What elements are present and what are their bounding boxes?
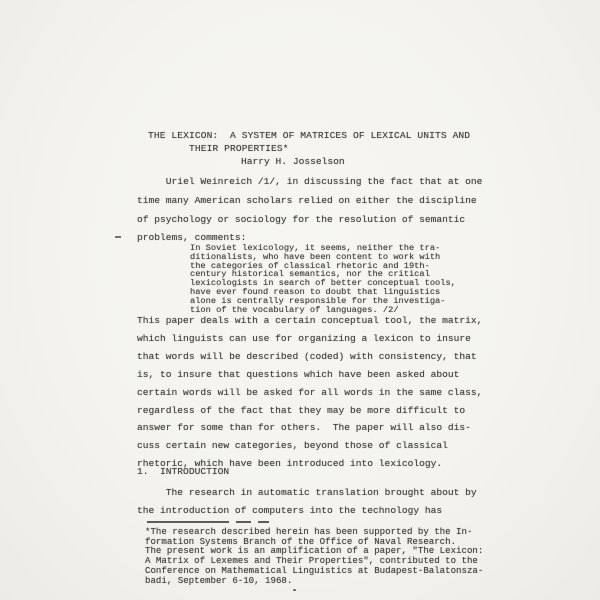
- stray-scan-mark: [115, 236, 121, 238]
- footnote-separator: [147, 521, 307, 523]
- section-heading-introduction: 1. INTRODUCTION: [137, 466, 229, 477]
- footnote-separator-segment: [236, 521, 251, 522]
- paper-title: THE LEXICON: A SYSTEM OF MATRICES OF LEX…: [148, 129, 470, 155]
- footnote-separator-segment: [147, 521, 229, 522]
- paragraph-weinreich-intro: Uriel Weinreich /1/, in discussing the f…: [137, 173, 482, 248]
- footnote-text: *The research described herein has been …: [145, 527, 483, 585]
- footnote-separator-segment: [258, 521, 269, 522]
- scanned-page: THE LEXICON: A SYSTEM OF MATRICES OF LEX…: [0, 0, 600, 600]
- paragraph-research: The research in automatic translation br…: [137, 484, 477, 520]
- blockquote-weinreich: In Soviet lexicology, it seems, neither …: [190, 244, 456, 314]
- paragraph-matrix-overview: This paper deals with a certain conceptu…: [137, 312, 482, 473]
- page-bottom-dot: [293, 589, 296, 591]
- paper-author: Harry H. Josselson: [241, 156, 345, 167]
